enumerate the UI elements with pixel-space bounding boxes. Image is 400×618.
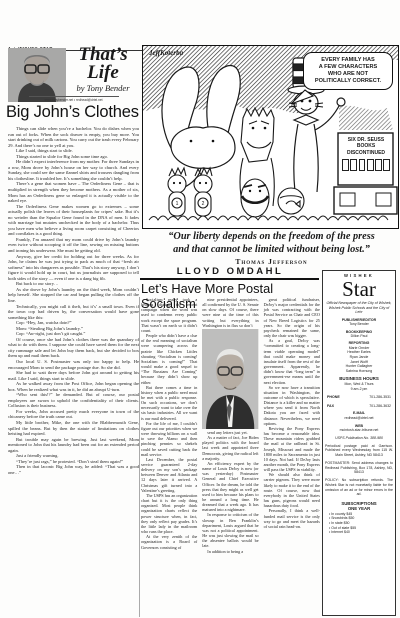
book-icon [350, 159, 357, 171]
phone-label: PHONE [327, 395, 340, 400]
omdahl-col2-bottom-entry: In addition to being a [202, 549, 258, 554]
speech-bubble-entry: EVERY FAMILY HAS [306, 57, 390, 64]
omdahl-col1: Socialism really took a beating during t… [141, 297, 197, 617]
svg-text:2: 2 [202, 201, 205, 207]
article-body-bender-entry: “Who sent this!?” he demanded. But of co… [8, 392, 139, 409]
bookkeeping-name: Dillon Paul [325, 334, 393, 339]
book-icon [342, 159, 349, 171]
seuss-books [342, 159, 390, 171]
article-body-bender-entry: He didn’t expect interference from my mo… [8, 159, 139, 181]
columnist-rule [140, 278, 319, 280]
omdahl-col2: nine presidential appointees, all confir… [202, 297, 258, 617]
cartoonist-signature: JeffKoterba [149, 49, 183, 57]
columnist-name: LLOYD OMDAHL [140, 266, 320, 277]
omdahl-col2-bottom-entry: As a matter of fact, Joe Biden played po… [202, 435, 258, 461]
subscriptions-title-line2: ONE YEAR [325, 506, 393, 511]
article-body-bender-entry: Then in that laconic Big John way, he ad… [8, 464, 139, 475]
omdahl-col1-entry: For the life of me, I couldn’t figure ou… [141, 421, 197, 457]
omdahl-col3-entry: As a goal, DeJoy was “committed to creat… [264, 338, 320, 384]
speech-bubble-entry: A FEW CHARACTERS [306, 64, 390, 71]
web-address: mcintosh-star-tribune.net [325, 428, 393, 433]
article-body-bender-entry: The Orderliness Gene makes women go to e… [8, 204, 139, 237]
publisher-name: Tony Bender [325, 322, 393, 327]
tv-sign-text-entry: SIX DR. SEUSS BOOKS [340, 137, 392, 150]
reporting-names: Marie OrnderHeather EarlesRyan JandeJane… [325, 346, 393, 374]
omdahl-col3-entry: We should also think of carrier pigeons.… [264, 472, 320, 508]
contact-divider [29, 96, 119, 97]
omdahl-col1-entry: At the very zenith of the organization i… [141, 534, 197, 549]
tv-sign-text-entry: DISCONTINUED [340, 150, 392, 156]
tony-bender-photo [8, 48, 66, 102]
book-icon [359, 159, 366, 171]
column-byline: by Tony Bender [68, 83, 138, 93]
pull-quote: “Our liberty depends on the freedom of t… [145, 231, 398, 266]
omdahl-col1-entry: People who didn’t have a clue of the rea… [141, 333, 197, 385]
omdahl-col2-top: nine presidential appointees, all confir… [202, 297, 258, 328]
subscription-rates-entry: • Internet $40 [329, 530, 393, 535]
book-icon [383, 159, 390, 171]
omdahl-col3-entry: Reviving the Pony Express has become a r… [264, 426, 320, 472]
phone-number: 701-286-3531 [369, 395, 391, 400]
article-body-bender-entry: Our local U. S. Postmaster was only too … [8, 359, 139, 370]
subscription-rates: • In county $45• Snowbirds $50• In state… [325, 512, 393, 535]
article-body-bender-entry: My little brother, Mike, the one with th… [8, 420, 139, 437]
fax-label: FAX [327, 404, 334, 409]
book-icon [375, 159, 382, 171]
omdahl-col1-entry: Last December, the postal service guaran… [141, 457, 197, 493]
omdahl-col3-entry: So we now have a transition situation in… [264, 385, 320, 426]
infobox-paper-name: Star [325, 279, 393, 300]
newspaper-infobox: WISHEK Star Official Newspaper of the Ci… [322, 270, 396, 616]
speech-bubble-entry: POLITICALLY CORRECT. [306, 78, 390, 85]
email-address: redhead@drtel.net [325, 416, 393, 421]
quote-line1: “Our liberty depends on the freedom of t… [145, 231, 398, 244]
article-body-bender: Things can slide when you’re a bachelor.… [8, 126, 139, 516]
reporting-names-entry: Sabrina Hornung [325, 369, 393, 374]
usps-number: USPS Publication No. 388-980 [325, 436, 393, 441]
article-body-bender-entry: There’s a gene that women have – The Ord… [8, 181, 139, 203]
column-title: That’s Life by Tony Bender [68, 46, 138, 93]
quote-attribution: Thomas Jefferson [145, 257, 398, 266]
article-headline-bender: Big John’s Clothes [6, 103, 140, 122]
omdahl-col3-entry: great political fundraiser, DeJoy’s majo… [264, 297, 320, 338]
business-hours-line2: 9 am-2 pm [325, 387, 393, 392]
omdahl-col3-entry: Personally, I think a well-funded mail s… [264, 508, 320, 529]
omdahl-col2-bottom: send any letters just yet.As a matter of… [202, 430, 258, 554]
svg-text:1: 1 [176, 201, 179, 207]
phone-row: PHONE 701-286-3531 [325, 395, 393, 400]
column-divider [139, 297, 140, 617]
lloyd-omdahl-photo [202, 329, 258, 429]
editorial-cartoon: 1 2 [142, 45, 399, 229]
newspaper-page: 4 ★ WISHEK STAR OPINION WWW.MCINTOSH-STA… [0, 0, 400, 618]
omdahl-col2-bottom-entry: An efficiency expert by the name of Loui… [202, 461, 258, 513]
speech-bubble-entry: WHO ARE NOT [306, 71, 390, 78]
article-body-bender-entry: Technically, you might call it theft, bu… [8, 304, 139, 321]
speech-bubble: EVERY FAMILY HASA FEW CHARACTERSWHO ARE … [303, 52, 393, 90]
policy-notice: POLICY: No subscription refunds. The Wis… [325, 478, 393, 496]
column-title-line2: Life [68, 64, 138, 82]
fax-row: FAX 701-286-3632 [325, 404, 393, 409]
omdahl-col1-entry: But there comes a time in history when a… [141, 385, 197, 421]
omdahl-col1-entry: The USPS has an organization chart but i… [141, 493, 197, 534]
quote-line2: and that cannot be limited without being… [145, 244, 398, 257]
postmaster-notice: POSTMASTER: Send address changes to Redh… [325, 461, 393, 475]
omdahl-col1-entry: Socialism really took a beating during t… [141, 297, 197, 333]
article-body-bender-entry: As she drove by John’s laundry on the th… [8, 287, 139, 304]
omdahl-col2-bottom-entry: In response to criticism of the slowup i… [202, 512, 258, 548]
article-body-bender-entry: Anyway, give her credit for holding out … [8, 254, 139, 282]
periodical-notice: Periodical postage paid at Garrison. Pub… [325, 444, 393, 458]
omdahl-col2-top-entry: nine presidential appointees, all confir… [202, 297, 258, 328]
article-body-bender-entry: Of course, once she had John’s clothes t… [8, 337, 139, 359]
book-icon [367, 159, 374, 171]
article-body-omdahl: Socialism really took a beating during t… [141, 297, 320, 617]
fax-number: 701-286-3632 [369, 404, 391, 409]
article-body-bender-entry: For weeks, John accused pretty much ever… [8, 409, 139, 420]
article-body-bender-entry: But trouble may again be brewing. Just l… [8, 437, 139, 454]
contact-line: www.tonybender.net • redhead@drtel.net [8, 98, 139, 102]
article-body-bender-entry: She had to wait three days before John g… [8, 370, 139, 381]
omdahl-col3: great political fundraiser, DeJoy’s majo… [264, 297, 320, 617]
article-body-bender-entry: Things can slide when you’re a bachelor.… [8, 126, 139, 148]
tv-sign-text: SIX DR. SEUSS BOOKSDISCONTINUED [340, 137, 392, 156]
infobox-official-text: Official Newspaper of the City of Wishek… [325, 301, 393, 315]
article-body-bender-entry: Frankly, I’m amazed that my mom could dr… [8, 237, 139, 254]
contact-line-wrap: www.tonybender.net • redhead@drtel.net [8, 96, 139, 102]
article-body-bender-entry: As he walked away from the Post Office, … [8, 381, 139, 392]
